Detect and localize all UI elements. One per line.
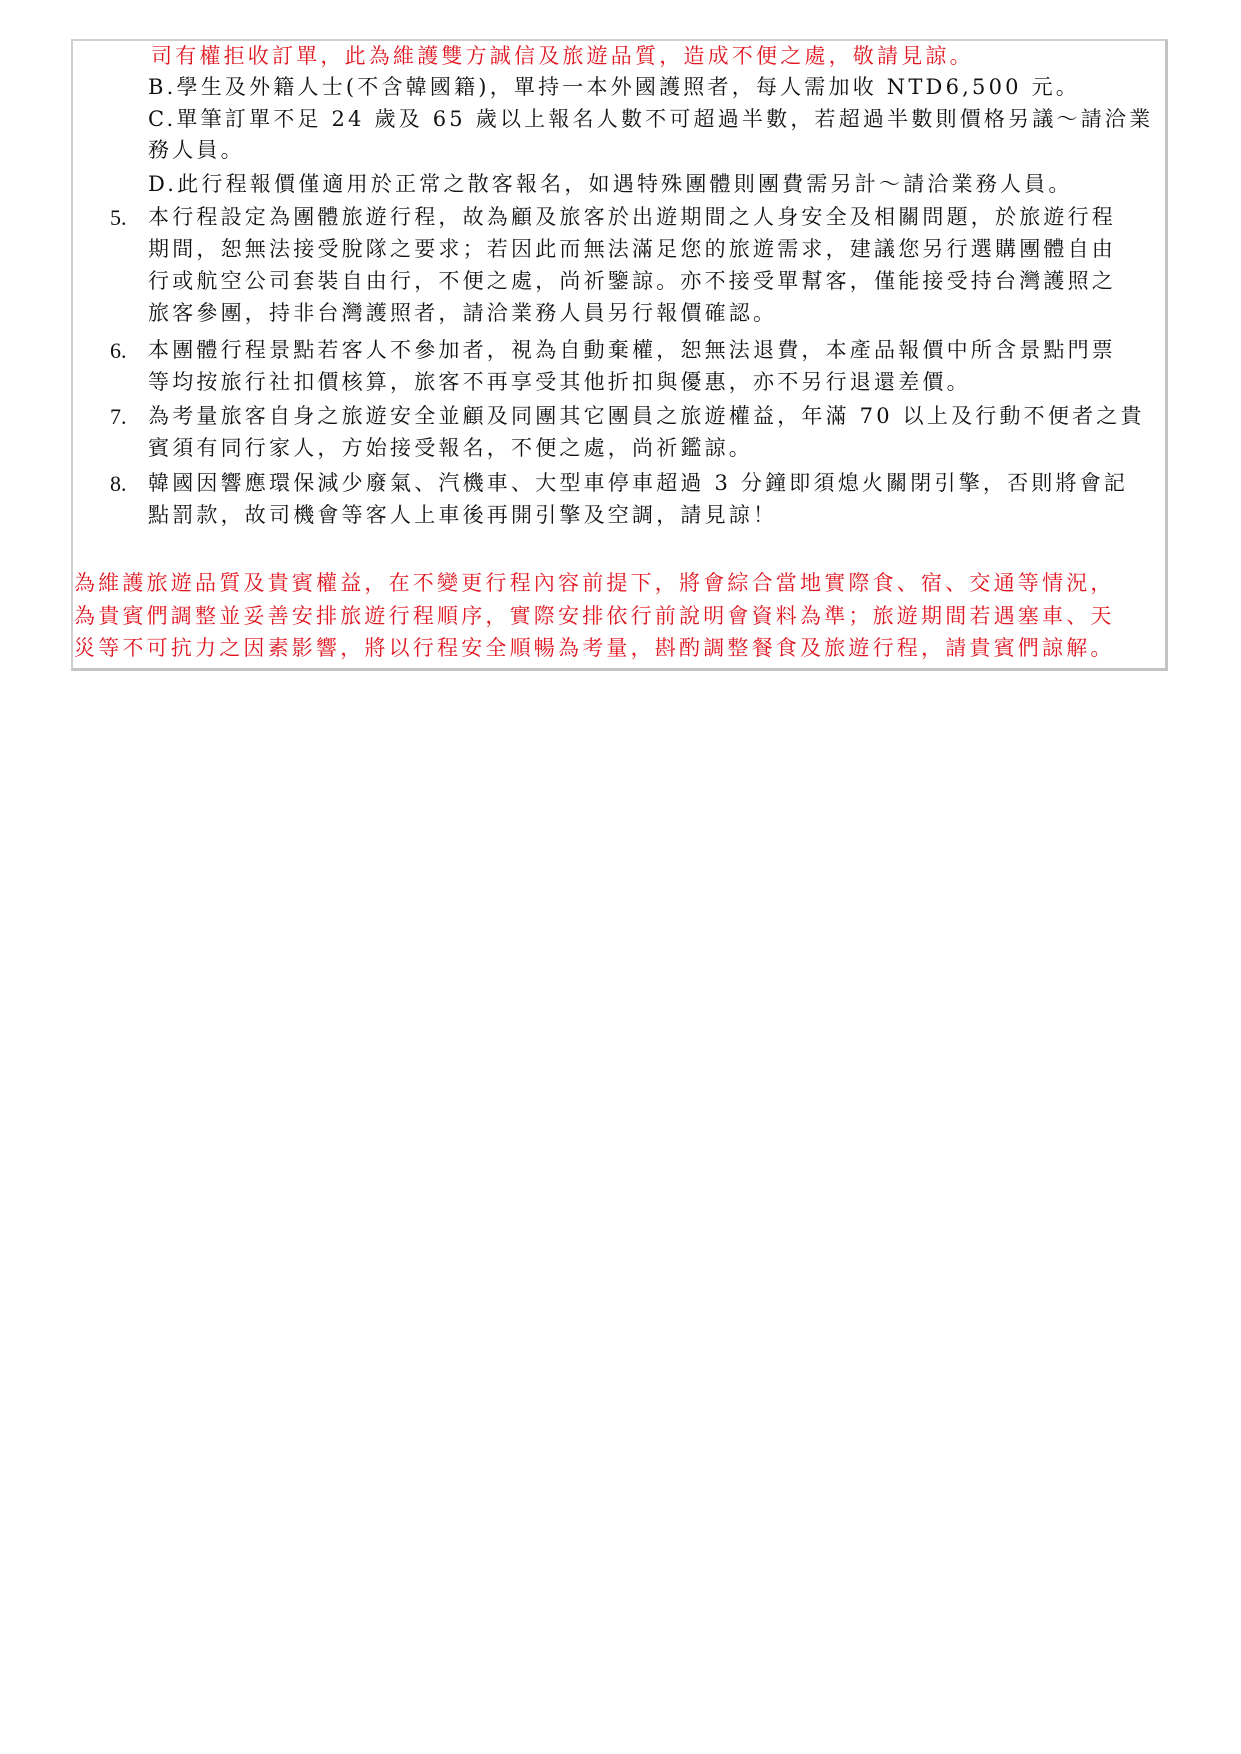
- item-number-6: 6.: [110, 336, 127, 365]
- item-number-7: 7.: [110, 402, 127, 431]
- item-8-line-2: 點罰款，故司機會等客人上車後再開引擎及空調，請見諒！: [148, 501, 777, 530]
- continuation-notice: 司有權拒收訂單，此為維護雙方誠信及旅遊品質，造成不便之處，敬請見諒。: [151, 42, 974, 71]
- closing-notice-line-1: 為維護旅遊品質及貴賓權益，在不變更行程內容前提下，將會綜合當地實際食、宿、交通等…: [74, 569, 1115, 598]
- sub-item-d: D.此行程報價僅適用於正常之散客報名，如遇特殊團體則團費需另計～請洽業務人員。: [148, 170, 1073, 199]
- item-5-line-2: 期間，恕無法接受脫隊之要求；若因此而無法滿足您的旅遊需求，建議您另行選購團體自由: [148, 235, 1116, 264]
- sub-item-c-line-1: C.單筆訂單不足 24 歲及 65 歲以上報名人數不可超過半數，若超過半數則價格…: [148, 105, 1153, 134]
- item-number-8: 8.: [110, 469, 127, 498]
- item-6-line-1: 本團體行程景點若客人不參加者，視為自動棄權，恕無法退費，本產品報價中所含景點門票: [148, 336, 1116, 365]
- item-5-line-1: 本行程設定為團體旅遊行程，故為顧及旅客於出遊期間之人身安全及相關問題，於旅遊行程: [148, 203, 1116, 232]
- item-5-line-3: 行或航空公司套裝自由行，不便之處，尚祈鑒諒。亦不接受單幫客，僅能接受持台灣護照之: [148, 267, 1116, 296]
- closing-notice-line-2: 為貴賓們調整並妥善安排旅遊行程順序，實際安排依行前說明會資料為準；旅遊期間若遇塞…: [74, 602, 1115, 631]
- item-6-line-2: 等均按旅行社扣價核算，旅客不再享受其他折扣與優惠，亦不另行退還差價。: [148, 368, 971, 397]
- item-number-5: 5.: [110, 203, 127, 232]
- sub-item-c-line-2: 務人員。: [148, 136, 245, 165]
- item-8-line-1: 韓國因響應環保減少廢氣、汽機車、大型車停車超過 3 分鐘即須熄火關閉引擎，否則將…: [148, 469, 1128, 498]
- item-7-line-1: 為考量旅客自身之旅遊安全並顧及同團其它團員之旅遊權益，年滿 70 以上及行動不便…: [148, 402, 1145, 431]
- item-5-line-4: 旅客參團，持非台灣護照者，請洽業務人員另行報價確認。: [148, 299, 777, 328]
- sub-item-b: B.學生及外籍人士(不含韓國籍)，單持一本外國護照者，每人需加收 NTD6,50…: [148, 73, 1080, 102]
- closing-notice-line-3: 災等不可抗力之因素影響，將以行程安全順暢為考量，斟酌調整餐食及旅遊行程，請貴賓們…: [74, 634, 1115, 663]
- item-7-line-2: 賓須有同行家人，方始接受報名，不便之處，尚祈鑑諒。: [148, 434, 753, 463]
